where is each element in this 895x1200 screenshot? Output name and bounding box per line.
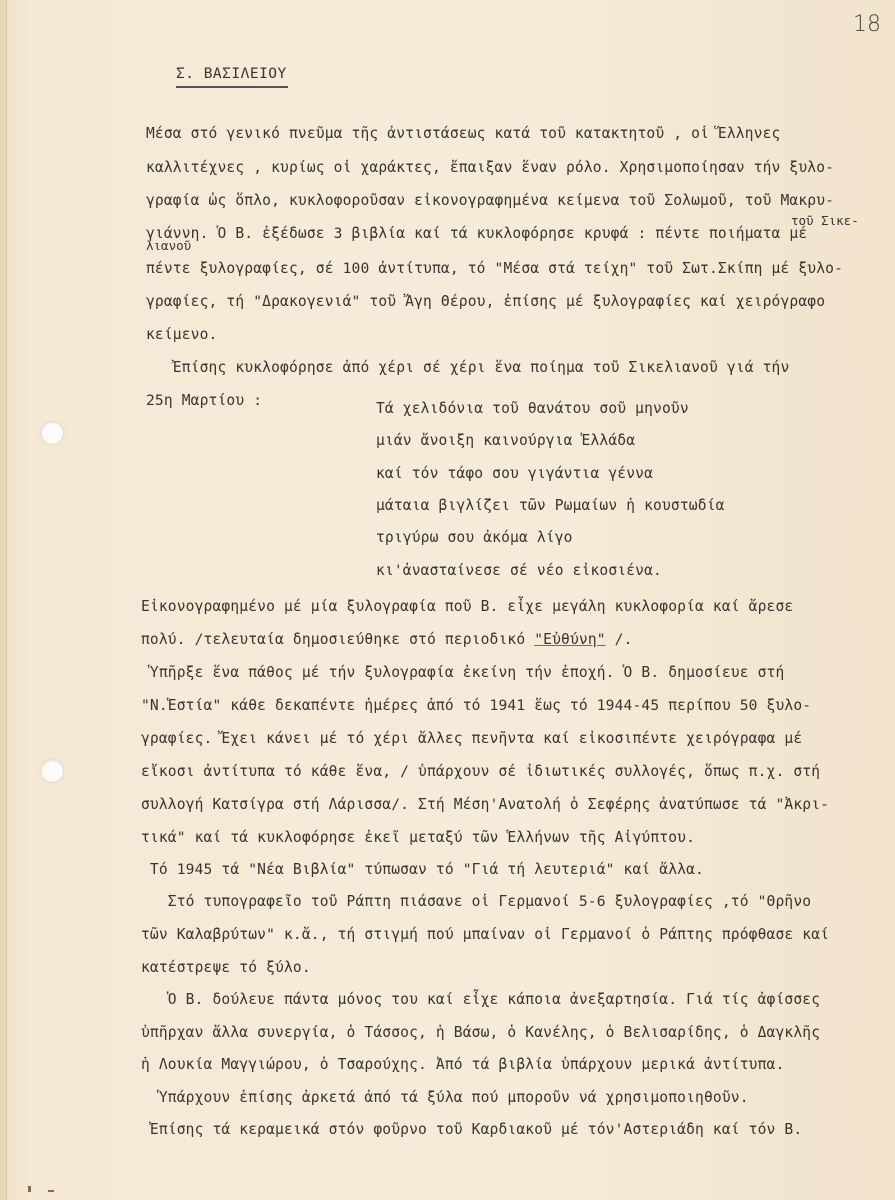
text-line: πολύ. /τελευταία δημοσιεύθηκε στό περιοδ… [141, 631, 633, 648]
poem-line: μιάν ἄνοιξη καινούργια Ἑλλάδα [376, 432, 635, 449]
text-line: πέντε ξυλογραφίες, σέ 100 ἀντίτυπα, τό "… [146, 260, 843, 277]
document-page: 18 Σ. ΒΑΣΙΛΕΙΟΥ Μέσα στό γενικό πνεῦμα τ… [0, 0, 895, 1200]
text-line: γραφία ὡς ὅπλο, κυκλοφοροῦσαν εἰκονογραφ… [146, 192, 834, 209]
page-number: 18 [853, 12, 881, 37]
text-line: Ἐπίσης τά κεραμεικά στόν φοῦρνο τοῦ Καρδ… [141, 1121, 802, 1138]
text-line: Ἐπίσης κυκλοφόρησε ἀπό χέρι σέ χέρι ἕνα … [146, 359, 789, 376]
text-line: γραφίες, τή "Δρακογενιά" τοῦ Ἄγη Θέρου, … [146, 293, 825, 310]
author-underline [176, 86, 288, 88]
text-segment: /. [606, 631, 633, 648]
text-line: Στό τυπογραφεῖο τοῦ Ράπτη πιάσανε οἱ Γερ… [141, 893, 811, 910]
poem-line: καί τόν τάφο σου γιγάντια γέννα [376, 465, 653, 482]
punch-hole-top [41, 422, 63, 444]
text-line: Ὁ Β. δούλευε πάντα μόνος του καί εἶχε κά… [141, 991, 820, 1008]
text-line: τῶν Καλαβρύτων" κ.ἄ., τή στιγμή πού μπαί… [141, 926, 829, 943]
typed-insertion-below: λιανοῦ [146, 238, 191, 253]
page-left-edge [0, 0, 7, 1200]
text-line: ἡ Λουκία Μαγγιώρου, ὁ Τσαρούχης. Ἀπό τά … [141, 1056, 784, 1073]
text-segment: πολύ. /τελευταία δημοσιεύθηκε στό περιοδ… [141, 631, 534, 648]
journal-title-euthyni: "Εὐθύνη" [534, 631, 606, 648]
punch-hole-bottom [41, 760, 63, 782]
text-line: γραφίες. Ἔχει κάνει μέ τό χέρι ἄλλες πεν… [141, 730, 802, 747]
text-line: εἴκοσι ἀντίτυπα τό κάθε ἕνα, / ὑπάρχουν … [141, 763, 820, 780]
text-line: κατέστρεψε τό ξύλο. [141, 959, 311, 976]
text-line: Ὑπῆρξε ἕνα πάθος μέ τήν ξυλογραφία ἐκείν… [141, 664, 784, 681]
ink-mark [48, 1190, 54, 1192]
text-line: Τό 1945 τά "Νέα Βιβλία" τύπωσαν τό "Γιά … [141, 861, 704, 878]
text-line: Ὑπάρχουν ἐπίσης ἀρκετά ἀπό τά ξύλα πού μ… [141, 1089, 749, 1106]
poem-line: τριγύρω σου ἀκόμα λίγο [376, 529, 573, 546]
author-heading: Σ. ΒΑΣΙΛΕΙΟΥ [176, 66, 287, 82]
text-line: 25η Μαρτίου : [146, 392, 262, 409]
poem-line: μάταια βιγλίζει τῶν Ρωμαίων ἡ κουστωδία [376, 497, 725, 514]
text-line: κείμενο. [146, 326, 218, 343]
text-line: Μέσα στό γενικό πνεῦμα τῆς ἀντιστάσεως κ… [146, 125, 780, 142]
text-line: συλλογή Κατσίγρα στή Λάρισσα/. Στή Μέση'… [141, 796, 829, 813]
text-line: καλλιτέχνες , κυρίως οἱ χαράκτες, ἔπαιξα… [146, 159, 834, 176]
text-line: ὑπῆρχαν ἄλλα συνεργία, ὁ Τάσσος, ἡ Βάσω,… [141, 1024, 820, 1041]
ink-mark [28, 1186, 31, 1192]
text-line: "Ν.Ἑστία" κάθε δεκαπέντε ἡμέρες ἀπό τό 1… [141, 697, 811, 714]
poem-line: Τά χελιδόνια τοῦ θανάτου σοῦ μηνοῦν [376, 400, 689, 417]
typed-insertion-above: τοῦ Σικε- [791, 213, 859, 228]
text-line: Εἰκονογραφημένο μέ μία ξυλογραφία ποῦ Β.… [141, 598, 793, 615]
poem-line: κι'ἀνασταίνεσε σέ νέο εἰκοσιένα. [376, 562, 662, 579]
text-line: τικά" καί τά κυκλοφόρησε ἐκεῖ μεταξύ τῶν… [141, 829, 695, 846]
text-line: γιάννη. Ὁ Β. ἐξέδωσε 3 βιβλία καί τά κυκ… [146, 225, 807, 242]
